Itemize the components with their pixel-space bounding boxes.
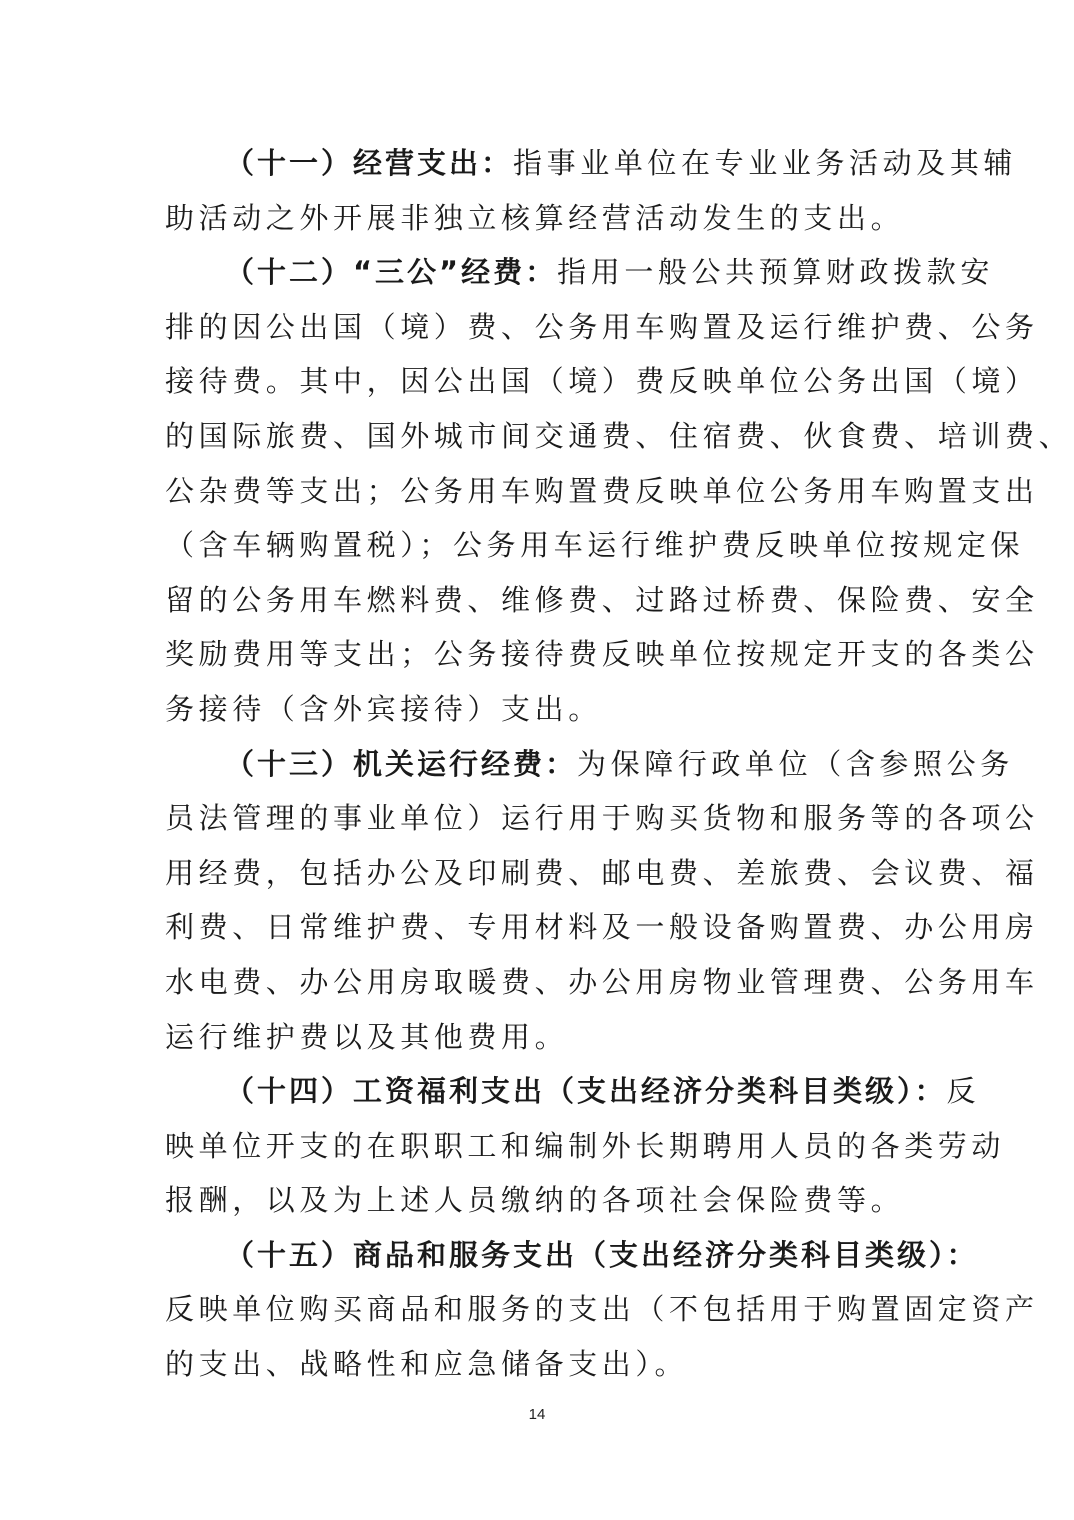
section-12: （十二）“三公”经费：指用一般公共预算财政拨款安 排的因公出国（境）费、公务用车… [165,245,913,736]
paragraph-line: 利费、日常维护费、专用材料及一般设备购置费、办公用房 [165,900,913,955]
section-11: （十一）经营支出：指事业单位在专业业务活动及其辅 助活动之外开展非独立核算经营活… [165,136,913,245]
paragraph-line: 报酬，以及为上述人员缴纳的各项社会保险费等。 [165,1173,913,1228]
paragraph-line: 公杂费等支出；公务用车购置费反映单位公务用车购置支出 [165,464,913,519]
paragraph-line: 运行维护费以及其他费用。 [165,1010,913,1065]
section-heading: （十三）机关运行经费： [225,747,577,781]
paragraph-line: 的国际旅费、国外城市间交通费、住宿费、伙食费、培训费、 [165,409,913,464]
paragraph-line: 映单位开支的在职职工和编制外长期聘用人员的各类劳动 [165,1119,913,1174]
paragraph-line: 助活动之外开展非独立核算经营活动发生的支出。 [165,191,913,246]
paragraph-line: 反映单位购买商品和服务的支出（不包括用于购置固定资产 [165,1282,913,1337]
section-14: （十四）工资福利支出（支出经济分类科目类级）：反 映单位开支的在职职工和编制外长… [165,1064,913,1228]
section-15: （十五）商品和服务支出（支出经济分类科目类级）： 反映单位购买商品和服务的支出（… [165,1228,913,1392]
paragraph-line: 留的公务用车燃料费、维修费、过路过桥费、保险费、安全 [165,573,913,628]
paragraph-line: 用经费，包括办公及印刷费、邮电费、差旅费、会议费、福 [165,846,913,901]
section-heading: （十五）商品和服务支出（支出经济分类科目类级）： [225,1238,979,1272]
page-number: 14 [0,1406,1074,1423]
paragraph-line: 员法管理的事业单位）运行用于购买货物和服务等的各项公 [165,791,913,846]
paragraph-line: 奖励费用等支出；公务接待费反映单位按规定开支的各类公 [165,627,913,682]
paragraph-line: 排的因公出国（境）费、公务用车购置及运行维护费、公务 [165,300,913,355]
section-heading: （十一）经营支出： [225,146,513,180]
paragraph-line: 的支出、战略性和应急储备支出）。 [165,1337,913,1392]
section-13: （十三）机关运行经费：为保障行政单位（含参照公务 员法管理的事业单位）运行用于购… [165,737,913,1065]
paragraph-line: 务接待（含外宾接待）支出。 [165,682,913,737]
paragraph-line: （十五）商品和服务支出（支出经济分类科目类级）： [165,1228,913,1283]
paragraph-line: （十一）经营支出：指事业单位在专业业务活动及其辅 [165,136,913,191]
paragraph-line: （十四）工资福利支出（支出经济分类科目类级）：反 [165,1064,913,1119]
paragraph-line: （十二）“三公”经费：指用一般公共预算财政拨款安 [165,245,913,300]
paragraph-line: （含车辆购置税）；公务用车运行维护费反映单位按规定保 [165,518,913,573]
section-heading: （十二）“三公”经费： [225,255,557,289]
paragraph-line: 水电费、办公用房取暖费、办公用房物业管理费、公务用车 [165,955,913,1010]
document-body: （十一）经营支出：指事业单位在专业业务活动及其辅 助活动之外开展非独立核算经营活… [165,136,913,1392]
paragraph-line: （十三）机关运行经费：为保障行政单位（含参照公务 [165,737,913,792]
section-heading: （十四）工资福利支出（支出经济分类科目类级）： [225,1074,947,1108]
paragraph-line: 接待费。其中，因公出国（境）费反映单位公务出国（境） [165,354,913,409]
